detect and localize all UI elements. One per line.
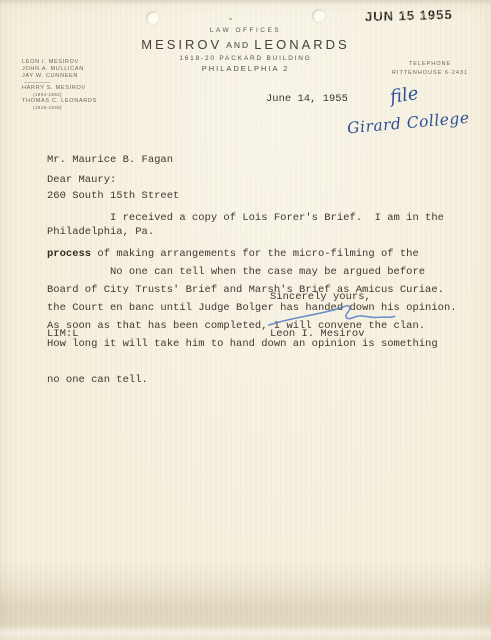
signature-stroke [269,306,395,325]
telephone-label: TELEPHONE [378,60,482,69]
memoriam-name: THOMAS C. LEONARDS [22,98,97,105]
salutation: Dear Maury: [47,174,116,186]
attorney-name: LEON I. MESIROV [22,59,97,66]
attorney-list: LEON I. MESIROV JOHN A. MULLICAN JAY W. … [22,59,97,110]
attorney-name: JOHN A. MULLICAN [22,66,97,73]
punch-hole-right [312,9,326,23]
body-line: No one can tell when the case may be arg… [47,266,457,278]
attorney-list-divider [24,82,50,83]
firm-name: MESIROVANDLEONARDS [0,37,491,52]
signer-name: Leon I. Mesirov [270,328,365,340]
firm-name-mesirov: MESIROV [141,37,222,52]
scanned-letter: JUN 15 1955 LAW OFFICES MESIROVANDLEONAR… [0,0,491,640]
memoriam-name: HARRY S. MESIROV [22,85,97,92]
date-line: June 14, 1955 [266,93,348,105]
handwritten-note-file: file [389,83,420,108]
signature-ink [266,299,398,328]
body-line: I received a copy of Lois Forer's Brief.… [47,212,444,224]
law-offices-label: LAW OFFICES [0,27,491,34]
received-date-stamp: JUN 15 1955 [365,7,453,24]
firm-name-leonards: LEONARDS [254,37,350,52]
handwritten-note-girard-college: Girard College [346,109,470,138]
telephone-block: TELEPHONE RITTENHOUSE 6-2431 [378,60,482,78]
memoriam-dates: (1916-1949) [22,105,97,111]
punch-hole-left [146,11,160,25]
recipient-line: Mr. Maurice B. Fagan [47,154,179,166]
telephone-number: RITTENHOUSE 6-2431 [378,69,482,78]
attorney-name: JAY W. CUNNEEN [22,73,97,80]
typist-initials: LIM:L [47,328,79,340]
body-line: How long it will take him to hand down a… [47,338,457,350]
paper-speck [229,18,232,20]
body-line: no one can tell. [47,374,457,386]
firm-name-and: AND [226,40,250,50]
